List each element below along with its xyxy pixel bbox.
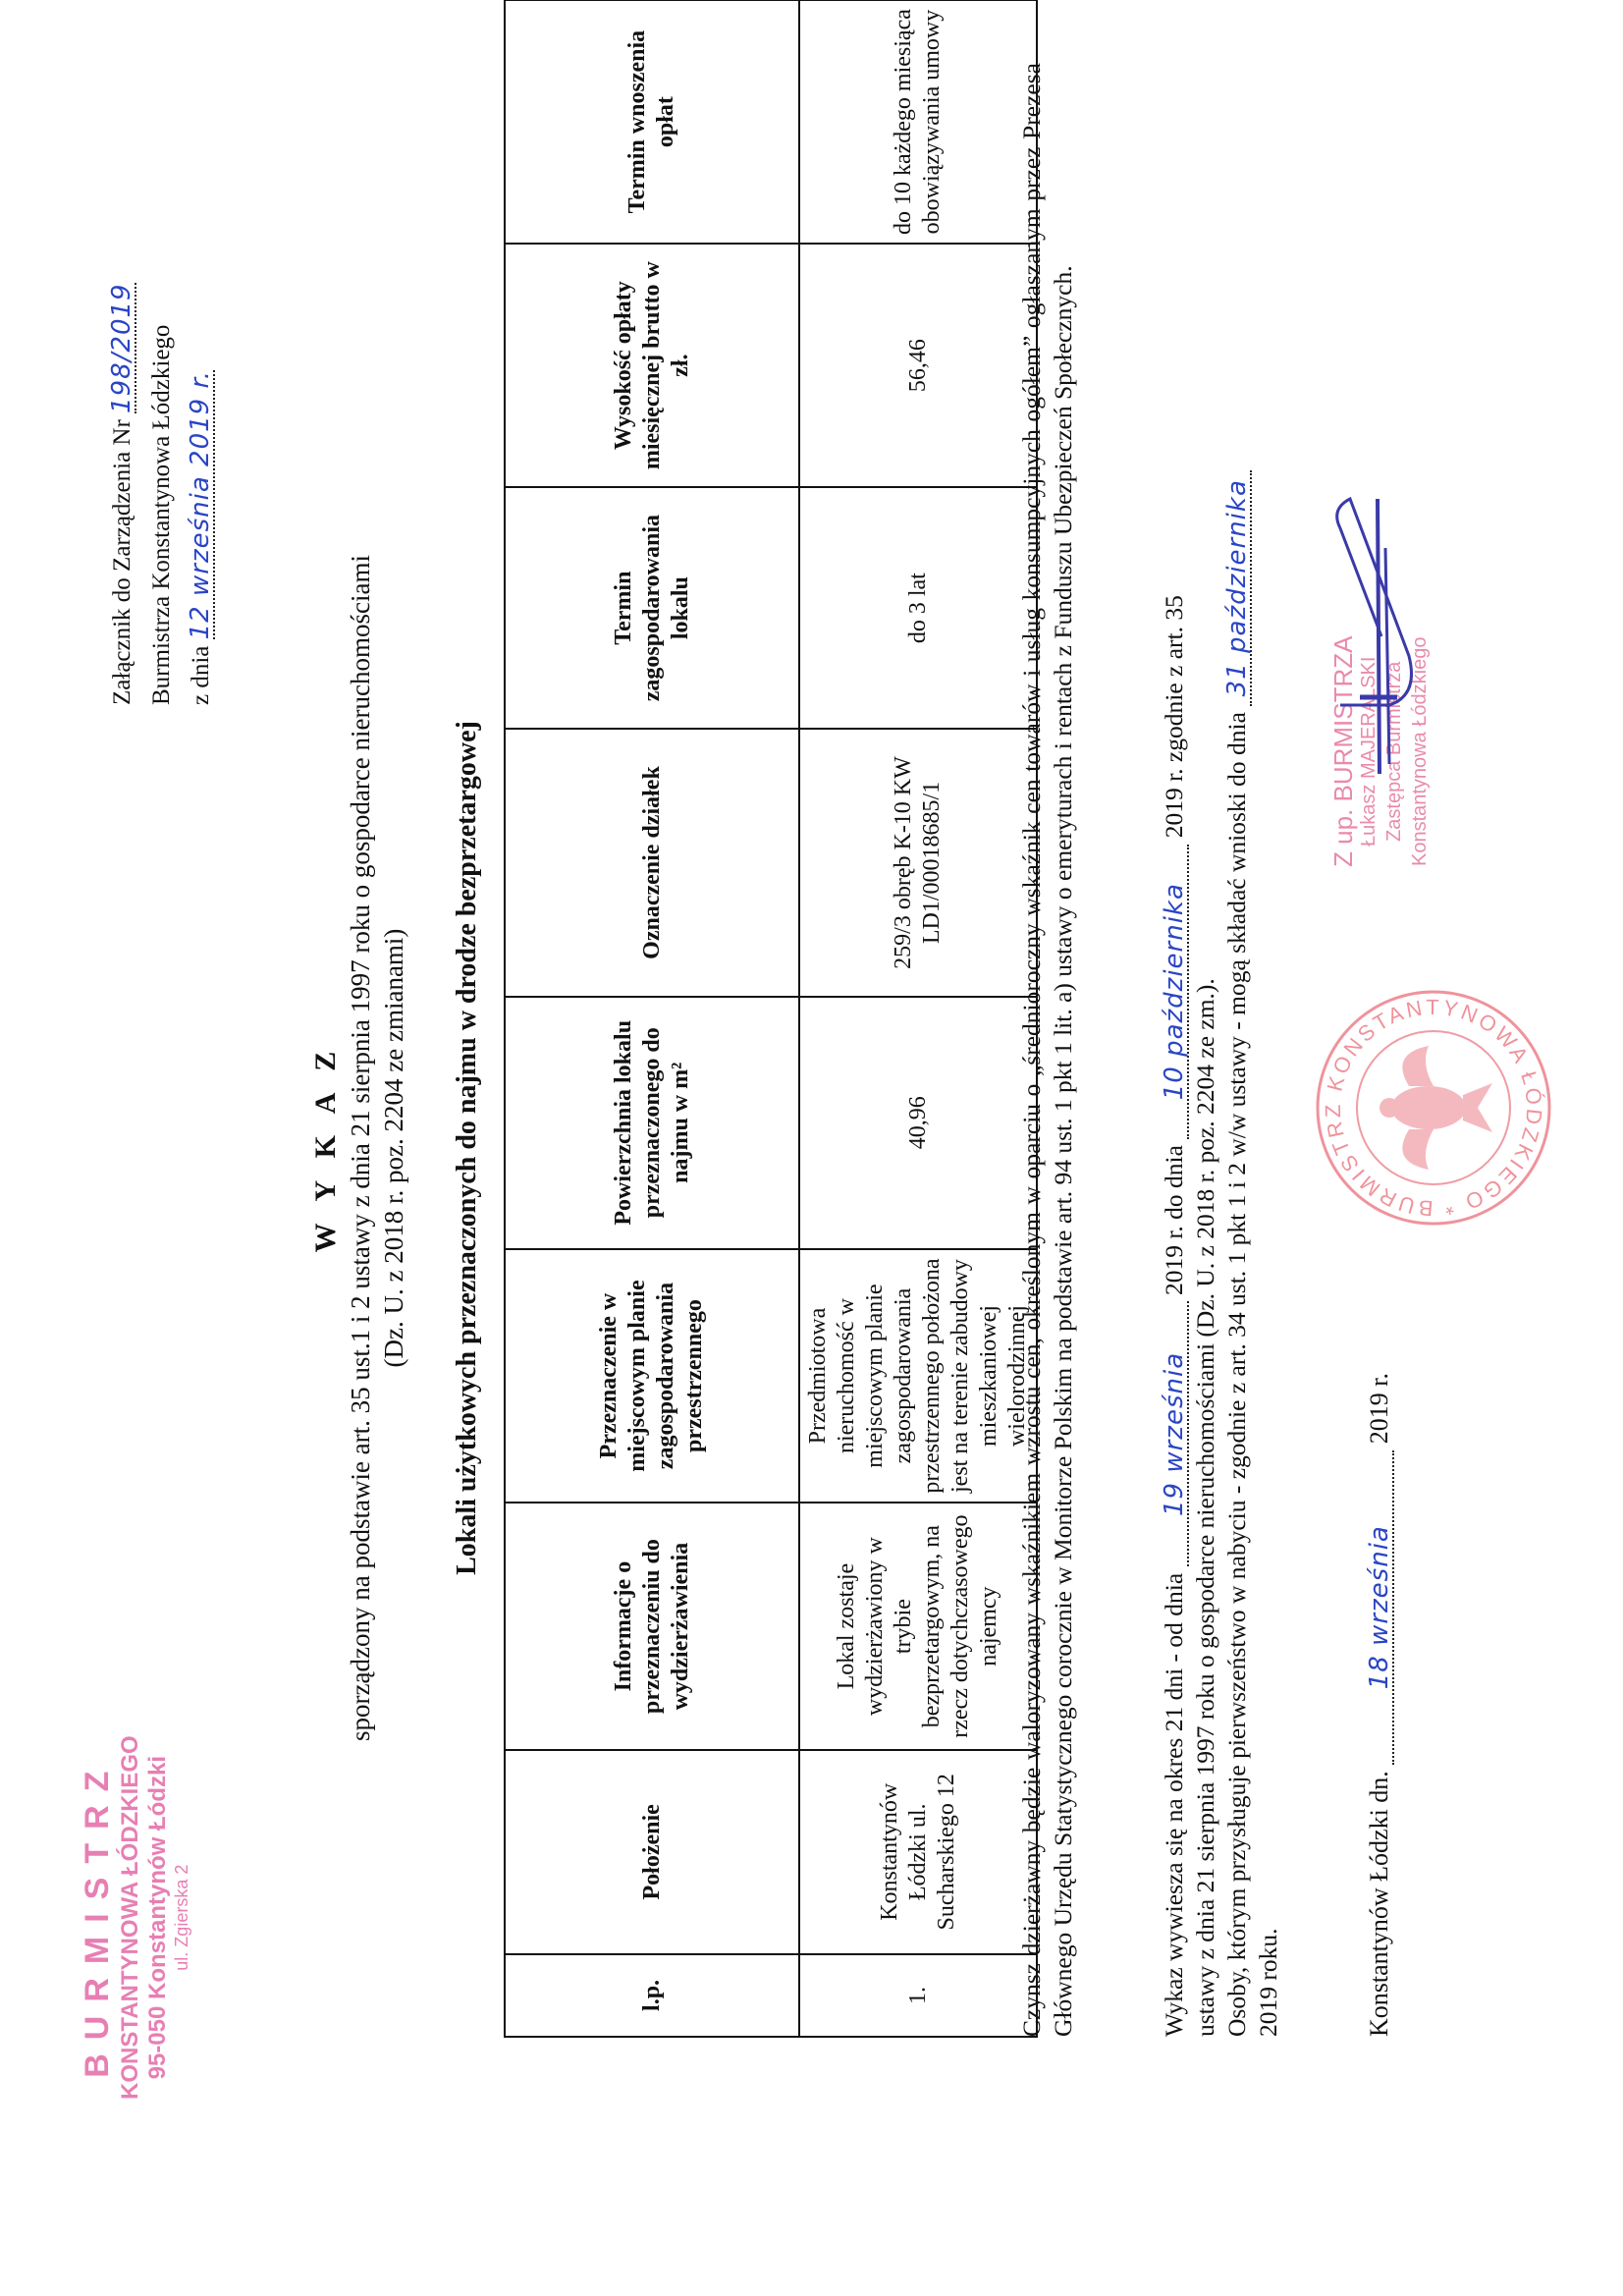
mayor-stamp: BURMISTRZ KONSTANTYNOWA ŁÓDZKIEGO 95-050…: [79, 1735, 192, 2100]
document-title: W Y K A Z: [309, 0, 343, 2296]
official-seal-icon: BURMISTRZ KONSTANTYNOWA ŁÓDZKIEGO * 1 *: [1311, 985, 1556, 1230]
signature-icon: [1321, 489, 1438, 784]
mayor-stamp-city: 95-050 Konstantynów Łódzki: [144, 1735, 172, 2100]
rent-indexation-paragraph: Czynsz dzierżawny będzie waloryzowany ws…: [1016, 63, 1079, 2037]
posting-suffix: 2019 r. zgodnie z art. 35: [1160, 595, 1188, 838]
place-date-line: Konstantynów Łódzki dn. 18 września 2019…: [1365, 1373, 1394, 2037]
header-zoning: Przeznaczenie w miejscowym planie zagosp…: [505, 1249, 799, 1503]
mayor-stamp-office: KONSTANTYNOWA ŁÓDZKIEGO: [117, 1735, 144, 2100]
cell-area: 40,96: [799, 997, 1037, 1249]
header-area: Powierzchnia lokalu przeznaczonego do na…: [505, 997, 799, 1249]
cell-monthly-fee: 56,46: [799, 244, 1037, 487]
mayor-stamp-title: BURMISTRZ: [79, 1735, 117, 2100]
cell-development-term: do 3 lat: [799, 487, 1037, 729]
header-monthly-fee: Wysokość opłaty miesięcznej brutto w zł.: [505, 244, 799, 487]
priority-year: 2019 roku.: [1253, 63, 1284, 2037]
annex-line2: Burmistrza Konstantynowa Łódzkiego: [142, 283, 182, 705]
ordinance-number: 198/2019: [107, 283, 136, 413]
cell-location: Konstantynów Łódzki ul. Sucharskiego 12: [799, 1750, 1037, 1954]
priority-prefix: Osoby, którym przysługuje pierwszeństwo …: [1222, 712, 1251, 2037]
posting-prefix: Wykaz wywiesza się na okres 21 dni - od …: [1160, 1573, 1188, 2037]
document-subtitle: sporządzony na podstawie art. 35 ust.1 i…: [344, 0, 410, 2296]
cell-lp: 1.: [799, 1954, 1037, 2037]
table-row: 1. Konstantynów Łódzki ul. Sucharskiego …: [799, 0, 1037, 2037]
annex-reference: Załącznik do Zarządzenia Nr 198/2019 Bur…: [103, 283, 221, 705]
header-development-term: Termin zagospodarowania lokalu: [505, 487, 799, 729]
annex-line3: z dnia: [188, 646, 214, 705]
header-lease-info: Informacje o przeznaczeniu do wydzierżaw…: [505, 1503, 799, 1749]
subtitle-line1: sporządzony na podstawie art. 35 ust.1 i…: [344, 0, 377, 2296]
header-lp: l.p.: [505, 1954, 799, 2037]
table-heading: Lokali użytkowych przeznaczonych do najm…: [452, 0, 483, 2296]
header-plots: Oznaczenie działek: [505, 729, 799, 997]
posting-law-reference: ustawy z dnia 21 sierpnia 1997 roku o go…: [1190, 63, 1221, 2037]
application-deadline: 31 października: [1222, 479, 1252, 696]
premises-table: l.p. Położenie Informacje o przeznaczeni…: [504, 0, 1038, 2038]
posting-date-from: 19 września: [1160, 1352, 1189, 1516]
annex-line1: Załącznik do Zarządzenia Nr: [109, 419, 135, 705]
cell-plots: 259/3 obręb K-10 KW LD1/00018685/1: [799, 729, 1037, 997]
signing-date: 18 września: [1365, 1525, 1394, 1689]
header-payment-term: Termin wnoszenia opłat: [505, 0, 799, 244]
place-suffix: 2019 r.: [1365, 1373, 1393, 1444]
posting-mid: 2019 r. do dnia: [1160, 1145, 1188, 1295]
cell-zoning: Przedmiotowa nieruchomość w miejscowym p…: [799, 1249, 1037, 1503]
place-prefix: Konstantynów Łódzki dn.: [1365, 1771, 1393, 2037]
posting-date-to: 10 października: [1160, 883, 1189, 1100]
cell-payment-term: do 10 każdego miesiąca obowiązywania umo…: [799, 0, 1037, 244]
table-header-row: l.p. Położenie Informacje o przeznaczeni…: [505, 0, 799, 2037]
cell-lease-info: Lokal zostaje wydzierżawiony w trybie be…: [799, 1503, 1037, 1749]
posting-period-paragraph: Wykaz wywiesza się na okres 21 dni - od …: [1159, 63, 1284, 2037]
header-location: Położenie: [505, 1750, 799, 1954]
document-page: BURMISTRZ KONSTANTYNOWA ŁÓDZKIEGO 95-050…: [0, 0, 1623, 2296]
mayor-stamp-street: ul. Zgierska 2: [172, 1735, 192, 2100]
ordinance-date: 12 września 2019 r.: [186, 370, 215, 639]
subtitle-line2: (Dz. U. z 2018 r. poz. 2204 ze zmianami): [377, 0, 410, 2296]
